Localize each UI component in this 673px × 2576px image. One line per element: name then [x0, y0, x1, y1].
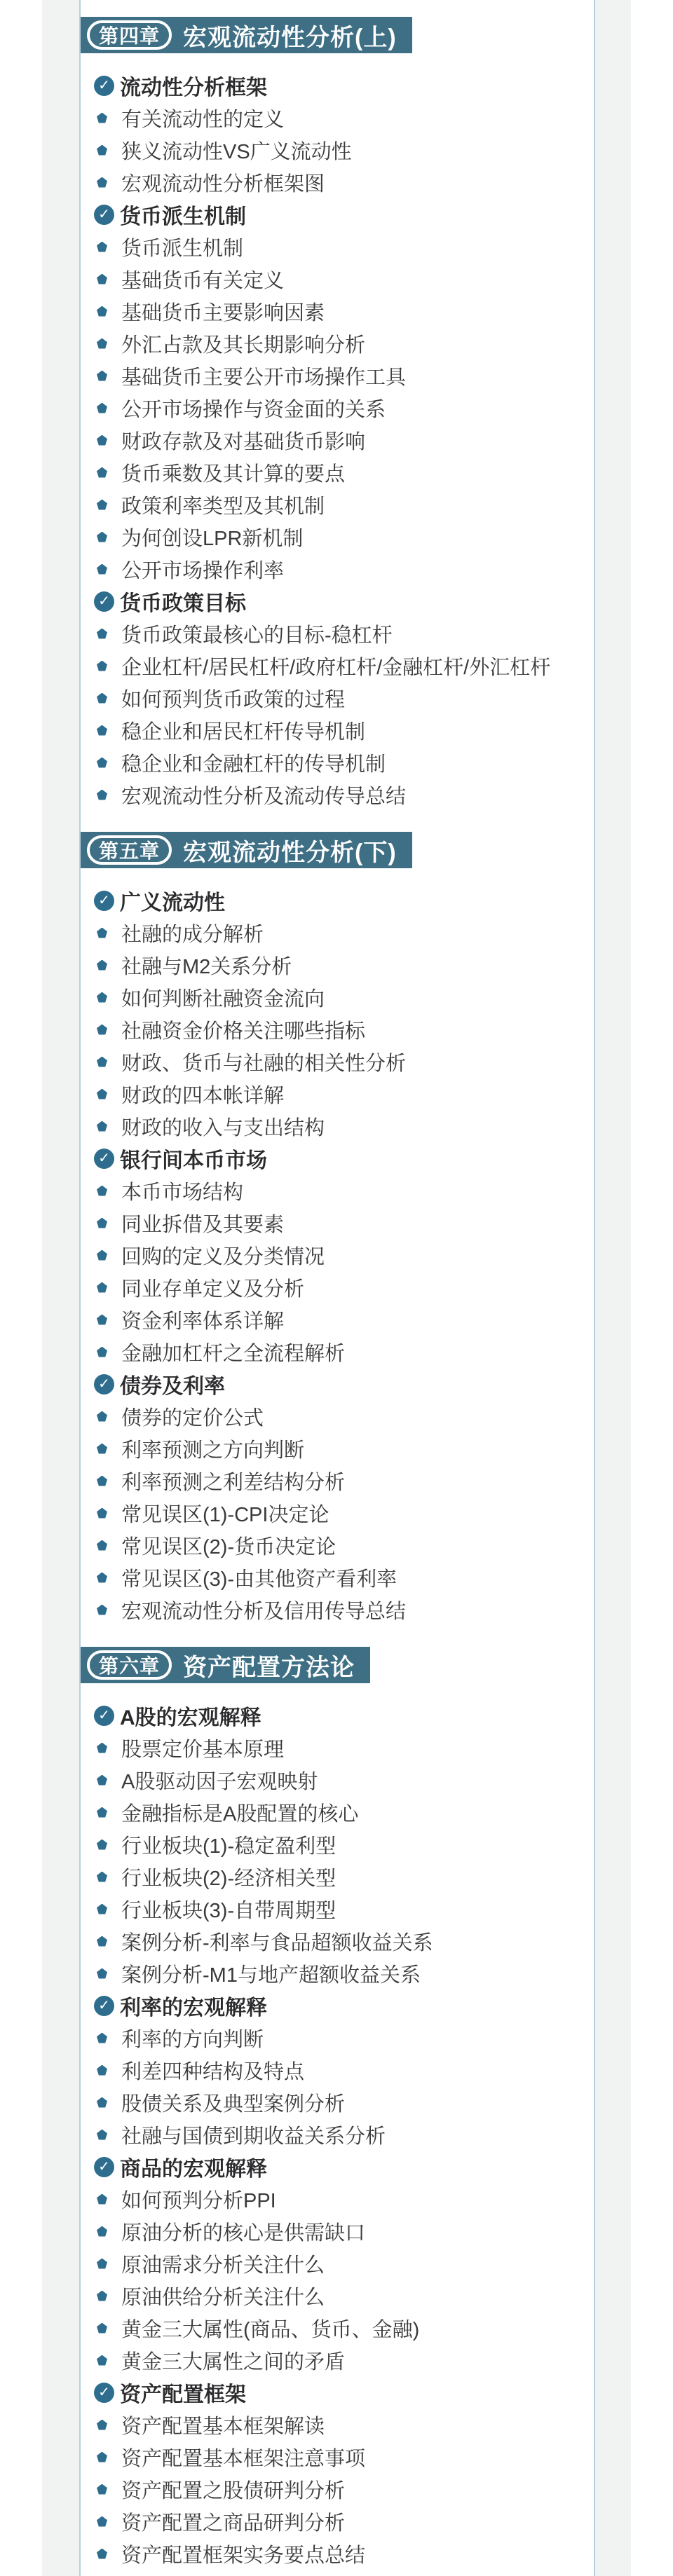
- pentagon-bullet-icon: [95, 2259, 121, 2269]
- pentagon-bullet-icon: [95, 1807, 121, 1818]
- pentagon-bullet-icon: [95, 992, 121, 1003]
- pentagon-bullet-icon: [95, 693, 121, 704]
- check-circle-icon: ✓: [94, 1996, 120, 2016]
- pentagon-bullet-icon: [95, 1444, 121, 1454]
- pentagon-bullet-icon: [95, 145, 121, 156]
- check-circle-icon: ✓: [94, 2383, 120, 2403]
- pentagon-bullet-icon: [95, 113, 121, 123]
- check-glyph: ✓: [94, 2157, 114, 2177]
- topic-item-row: 狭义流动性VS广义流动性: [95, 134, 587, 166]
- section-header-row: ✓流动性分析框架: [95, 69, 587, 102]
- chapter-header-bar: 第四章 宏观流动性分析(上): [81, 17, 412, 53]
- section-header-row: ✓利率的宏观解释: [95, 1989, 587, 2022]
- topic-item-row: 资产配置之商品研判分析: [95, 2505, 587, 2537]
- pentagon-bullet-icon: [95, 1218, 121, 1228]
- pentagon-bullet-icon: [95, 564, 121, 575]
- topic-item-row: 金融指标是A股配置的核心: [95, 1796, 587, 1828]
- pentagon-bullet-icon: [95, 306, 121, 317]
- topic-label: 原油分析的核心是供需缺口: [121, 2217, 365, 2246]
- topic-item-row: 稳企业和金融杠杆的传导机制: [95, 746, 587, 779]
- pentagon-bullet-icon: [95, 1186, 121, 1196]
- topic-item-row: 债券的定价公式: [95, 1400, 587, 1432]
- topic-item-row: 资产配置之股债研判分析: [95, 2473, 587, 2505]
- topic-item-row: 同业拆借及其要素: [95, 1207, 587, 1239]
- pentagon-bullet-icon: [95, 2291, 121, 2301]
- topic-label: 稳企业和金融杠杆的传导机制: [121, 748, 386, 777]
- topic-item-row: 股票定价基本原理: [95, 1732, 587, 1764]
- topic-label: 案例分析-M1与地产超额收益关系: [121, 1959, 421, 1988]
- topic-item-row: 基础货币主要公开市场操作工具: [95, 359, 587, 392]
- pentagon-bullet-icon: [95, 2065, 121, 2076]
- topic-label: 同业拆借及其要素: [121, 1209, 284, 1238]
- chapter-title: 资产配置方法论: [183, 1648, 355, 1683]
- topic-item-row: 外汇占款及其长期影响分析: [95, 327, 587, 359]
- topic-item-row: 资金利率体系详解: [95, 1303, 587, 1336]
- topic-label: 资产配置之股债研判分析: [121, 2475, 345, 2504]
- topic-item-row: 常见误区(2)-货币决定论: [95, 1529, 587, 1561]
- pentagon-bullet-icon: [95, 2355, 121, 2366]
- topic-item-row: 股债关系及典型案例分析: [95, 2086, 587, 2118]
- topic-item-row: 政策利率类型及其机制: [95, 488, 587, 521]
- topic-label: 行业板块(1)-稳定盈利型: [121, 1830, 336, 1859]
- section-title: 利率的宏观解释: [120, 1990, 267, 2021]
- check-circle-icon: ✓: [94, 591, 120, 612]
- topic-item-row: 基础货币有关定义: [95, 263, 587, 295]
- chapter-badge: 第五章: [87, 835, 172, 865]
- pentagon-bullet-icon: [95, 1968, 121, 1979]
- topic-label: 金融加杠杆之全流程解析: [121, 1338, 345, 1366]
- section-title: 货币派生机制: [120, 199, 246, 230]
- topic-item-row: 行业板块(1)-稳定盈利型: [95, 1828, 587, 1861]
- pentagon-bullet-icon: [95, 758, 121, 768]
- topic-item-row: 原油分析的核心是供需缺口: [95, 2215, 587, 2247]
- check-glyph: ✓: [94, 2383, 114, 2403]
- topic-label: 常见误区(1)-CPI决定论: [121, 1499, 329, 1528]
- topic-label: 利差四种结构及特点: [121, 2056, 304, 2085]
- chapter-title: 宏观流动性分析(下): [183, 833, 397, 868]
- pentagon-bullet-icon: [95, 1089, 121, 1099]
- pentagon-bullet-icon: [95, 1411, 121, 1422]
- section-title: 流动性分析框架: [120, 70, 267, 101]
- check-circle-icon: ✓: [94, 1706, 120, 1726]
- pentagon-bullet-icon: [95, 1282, 121, 1293]
- pentagon-bullet-icon: [95, 725, 121, 736]
- topic-item-row: 资产配置基本框架注意事项: [95, 2441, 587, 2473]
- topic-label: 案例分析-利率与食品超额收益关系: [121, 1927, 433, 1956]
- topic-item-row: 常见误区(3)-由其他资产看利率: [95, 1561, 587, 1594]
- pentagon-bullet-icon: [95, 1476, 121, 1486]
- check-glyph: ✓: [94, 76, 114, 96]
- topic-item-row: 行业板块(3)-自带周期型: [95, 1893, 587, 1925]
- topic-item-row: 宏观流动性分析及流动传导总结: [95, 779, 587, 811]
- topic-label: 利率预测之方向判断: [121, 1434, 304, 1463]
- topic-label: 行业板块(3)-自带周期型: [121, 1895, 336, 1924]
- topic-label: 回购的定义及分类情况: [121, 1241, 325, 1270]
- pentagon-bullet-icon: [95, 371, 121, 381]
- topic-item-row: 社融与M2关系分析: [95, 949, 587, 981]
- pentagon-bullet-icon: [95, 467, 121, 478]
- topic-item-row: 财政的四本帐详解: [95, 1078, 587, 1110]
- topic-label: 社融与国债到期收益关系分析: [121, 2121, 386, 2149]
- course-outline-card: 第四章 宏观流动性分析(上) ✓流动性分析框架有关流动性的定义狭义流动性VS广义…: [79, 0, 595, 2576]
- section-header-row: ✓银行间本币市场: [95, 1142, 587, 1174]
- section-title: A股的宏观解释: [120, 1700, 261, 1731]
- pentagon-bullet-icon: [95, 1347, 121, 1357]
- topic-label: 财政的收入与支出结构: [121, 1112, 325, 1141]
- check-circle-icon: ✓: [94, 891, 120, 911]
- topic-label: 社融的成分解析: [121, 919, 264, 947]
- topic-label: 行业板块(2)-经济相关型: [121, 1863, 336, 1891]
- topic-label: 货币派生机制: [121, 233, 243, 261]
- check-glyph: ✓: [94, 891, 114, 911]
- topic-item-row: 案例分析-利率与食品超额收益关系: [95, 1925, 587, 1957]
- pentagon-bullet-icon: [95, 2226, 121, 2237]
- pentagon-bullet-icon: [95, 435, 121, 446]
- topic-label: 货币乘数及其计算的要点: [121, 458, 345, 487]
- topic-label: 狭义流动性VS广义流动性: [121, 136, 352, 165]
- topic-label: 宏观流动性分析框架图: [121, 168, 325, 197]
- topic-item-row: 利率预测之利差结构分析: [95, 1465, 587, 1497]
- topic-label: 基础货币主要公开市场操作工具: [121, 362, 406, 390]
- topic-label: A股驱动因子宏观映射: [121, 1766, 318, 1795]
- pentagon-bullet-icon: [95, 1743, 121, 1753]
- topic-item-row: 财政存款及对基础货币影响: [95, 424, 587, 456]
- topic-label: 基础货币主要影响因素: [121, 297, 325, 326]
- topic-item-row: 行业板块(2)-经济相关型: [95, 1861, 587, 1893]
- pentagon-bullet-icon: [95, 2033, 121, 2043]
- check-glyph: ✓: [94, 591, 114, 612]
- chapter-header-bar: 第五章 宏观流动性分析(下): [81, 832, 412, 868]
- topic-label: 稳企业和居民杠杆传导机制: [121, 716, 365, 745]
- section-header-row: ✓资产配置框架: [95, 2376, 587, 2409]
- topic-label: 如何判断社融资金流向: [121, 983, 325, 1012]
- topic-item-row: 资产配置基本框架解读: [95, 2409, 587, 2441]
- section-header-row: ✓广义流动性: [95, 884, 587, 917]
- topic-label: 为何创设LPR新机制: [121, 523, 303, 551]
- pentagon-bullet-icon: [95, 1057, 121, 1067]
- pentagon-bullet-icon: [95, 960, 121, 971]
- topic-label: 有关流动性的定义: [121, 104, 284, 132]
- topic-item-row: 如何判断社融资金流向: [95, 981, 587, 1013]
- topic-label: 资产配置之商品研判分析: [121, 2507, 345, 2536]
- chapter-4-block: 第四章 宏观流动性分析(上) ✓流动性分析框架有关流动性的定义狭义流动性VS广义…: [81, 17, 594, 811]
- topic-item-row: 社融资金价格关注哪些指标: [95, 1013, 587, 1046]
- topic-list: ✓流动性分析框架有关流动性的定义狭义流动性VS广义流动性宏观流动性分析框架图✓货…: [81, 69, 594, 811]
- pentagon-bullet-icon: [95, 2420, 121, 2430]
- topic-item-row: 公开市场操作与资金面的关系: [95, 392, 587, 424]
- topic-list: ✓A股的宏观解释股票定价基本原理A股驱动因子宏观映射金融指标是A股配置的核心行业…: [81, 1699, 594, 2570]
- check-glyph: ✓: [94, 205, 114, 225]
- topic-item-row: 货币政策最核心的目标-稳杠杆: [95, 617, 587, 650]
- topic-item-row: 利率的方向判断: [95, 2022, 587, 2054]
- section-title: 银行间本币市场: [120, 1143, 267, 1174]
- topic-item-row: 企业杠杆/居民杠杆/政府杠杆/金融杠杆/外汇杠杆: [95, 650, 587, 682]
- topic-label: 外汇占款及其长期影响分析: [121, 329, 365, 358]
- topic-item-row: 案例分析-M1与地产超额收益关系: [95, 1957, 587, 1989]
- topic-label: 基础货币有关定义: [121, 265, 284, 294]
- pentagon-bullet-icon: [95, 1775, 121, 1786]
- pentagon-bullet-icon: [95, 2097, 121, 2108]
- pentagon-bullet-icon: [95, 2549, 121, 2559]
- topic-item-row: A股驱动因子宏观映射: [95, 1764, 587, 1796]
- topic-label: 公开市场操作与资金面的关系: [121, 394, 386, 423]
- topic-item-row: 如何预判货币政策的过程: [95, 682, 587, 714]
- chapter-title: 宏观流动性分析(上): [183, 18, 397, 53]
- topic-item-row: 黄金三大属性之间的矛盾: [95, 2344, 587, 2376]
- section-title: 广义流动性: [120, 885, 225, 916]
- pentagon-bullet-icon: [95, 661, 121, 671]
- topic-item-row: 货币乘数及其计算的要点: [95, 456, 587, 488]
- topic-label: 金融指标是A股配置的核心: [121, 1798, 358, 1827]
- pentagon-bullet-icon: [95, 1605, 121, 1615]
- pentagon-bullet-icon: [95, 1315, 121, 1325]
- topic-label: 原油供给分析关注什么: [121, 2282, 325, 2310]
- pentagon-bullet-icon: [95, 1025, 121, 1035]
- topic-label: 黄金三大属性(商品、货币、金融): [121, 2314, 419, 2343]
- topic-label: 货币政策最核心的目标-稳杠杆: [121, 619, 393, 648]
- topic-label: 社融资金价格关注哪些指标: [121, 1015, 365, 1044]
- chapter-6-block: 第六章 资产配置方法论 ✓A股的宏观解释股票定价基本原理A股驱动因子宏观映射金融…: [81, 1647, 594, 2570]
- topic-item-row: 回购的定义及分类情况: [95, 1239, 587, 1271]
- topic-item-row: 原油需求分析关注什么: [95, 2247, 587, 2280]
- topic-item-row: 公开市场操作利率: [95, 553, 587, 585]
- topic-label: 资产配置基本框架注意事项: [121, 2443, 365, 2472]
- section-title: 债券及利率: [120, 1369, 225, 1399]
- check-circle-icon: ✓: [94, 1374, 120, 1395]
- topic-item-row: 财政、货币与社融的相关性分析: [95, 1046, 587, 1078]
- topic-item-row: 资产配置框架实务要点总结: [95, 2537, 587, 2570]
- pentagon-bullet-icon: [95, 1250, 121, 1261]
- pentagon-bullet-icon: [95, 2130, 121, 2140]
- pentagon-bullet-icon: [95, 629, 121, 639]
- pentagon-bullet-icon: [95, 1872, 121, 1882]
- check-glyph: ✓: [94, 1374, 114, 1395]
- topic-label: 黄金三大属性之间的矛盾: [121, 2346, 345, 2375]
- topic-item-row: 为何创设LPR新机制: [95, 521, 587, 553]
- topic-item-row: 本币市场结构: [95, 1174, 587, 1207]
- pentagon-bullet-icon: [95, 500, 121, 510]
- topic-item-row: 利差四种结构及特点: [95, 2054, 587, 2086]
- pentagon-bullet-icon: [95, 532, 121, 542]
- topic-item-row: 常见误区(1)-CPI决定论: [95, 1497, 587, 1529]
- topic-label: 公开市场操作利率: [121, 555, 284, 584]
- topic-item-row: 基础货币主要影响因素: [95, 295, 587, 327]
- pentagon-bullet-icon: [95, 790, 121, 800]
- topic-label: 财政存款及对基础货币影响: [121, 426, 365, 455]
- topic-item-row: 同业存单定义及分析: [95, 1271, 587, 1303]
- topic-label: 政策利率类型及其机制: [121, 491, 325, 519]
- topic-label: 常见误区(2)-货币决定论: [121, 1531, 336, 1560]
- topic-label: 本币市场结构: [121, 1177, 243, 1205]
- section-header-row: ✓货币政策目标: [95, 585, 587, 617]
- pentagon-bullet-icon: [95, 1540, 121, 1551]
- section-title: 商品的宏观解释: [120, 2151, 267, 2182]
- pentagon-bullet-icon: [95, 2452, 121, 2462]
- pentagon-bullet-icon: [95, 338, 121, 349]
- pentagon-bullet-icon: [95, 403, 121, 413]
- section-header-row: ✓债券及利率: [95, 1368, 587, 1400]
- topic-label: 原油需求分析关注什么: [121, 2249, 325, 2278]
- topic-label: 宏观流动性分析及信用传导总结: [121, 1596, 406, 1624]
- topic-item-row: 财政的收入与支出结构: [95, 1110, 587, 1142]
- check-circle-icon: ✓: [94, 205, 120, 225]
- topic-label: 股票定价基本原理: [121, 1734, 284, 1762]
- topic-label: 利率的方向判断: [121, 2024, 264, 2053]
- check-glyph: ✓: [94, 1706, 114, 1726]
- topic-label: 企业杠杆/居民杠杆/政府杠杆/金融杠杆/外汇杠杆: [121, 652, 550, 680]
- chapter-badge: 第四章: [87, 20, 172, 50]
- topic-label: 如何预判分析PPI: [121, 2185, 276, 2214]
- section-title: 货币政策目标: [120, 586, 246, 617]
- pentagon-bullet-icon: [95, 1121, 121, 1132]
- pentagon-bullet-icon: [95, 242, 121, 252]
- topic-item-row: 有关流动性的定义: [95, 102, 587, 134]
- check-glyph: ✓: [94, 1149, 114, 1169]
- section-header-row: ✓商品的宏观解释: [95, 2151, 587, 2183]
- check-circle-icon: ✓: [94, 76, 120, 96]
- topic-label: 常见误区(3)-由其他资产看利率: [121, 1563, 397, 1592]
- topic-label: 如何预判货币政策的过程: [121, 684, 345, 713]
- pentagon-bullet-icon: [95, 2484, 121, 2495]
- topic-label: 股债关系及典型案例分析: [121, 2088, 345, 2117]
- chapter-5-block: 第五章 宏观流动性分析(下) ✓广义流动性社融的成分解析社融与M2关系分析如何判…: [81, 832, 594, 1626]
- topic-item-row: 黄金三大属性(商品、货币、金融): [95, 2312, 587, 2344]
- pentagon-bullet-icon: [95, 177, 121, 188]
- topic-item-row: 稳企业和居民杠杆传导机制: [95, 714, 587, 746]
- topic-label: 资金利率体系详解: [121, 1306, 284, 1334]
- pentagon-bullet-icon: [95, 1936, 121, 1947]
- pentagon-bullet-icon: [95, 1839, 121, 1850]
- topic-label: 宏观流动性分析及流动传导总结: [121, 781, 406, 809]
- topic-label: 同业存单定义及分析: [121, 1273, 304, 1302]
- topic-label: 债券的定价公式: [121, 1402, 264, 1431]
- pentagon-bullet-icon: [95, 1508, 121, 1519]
- check-circle-icon: ✓: [94, 1149, 120, 1169]
- chapter-badge: 第六章: [87, 1650, 172, 1680]
- topic-item-row: 原油供给分析关注什么: [95, 2280, 587, 2312]
- topic-label: 利率预测之利差结构分析: [121, 1467, 345, 1495]
- pentagon-bullet-icon: [95, 1573, 121, 1583]
- topic-item-row: 宏观流动性分析及信用传导总结: [95, 1594, 587, 1626]
- topic-item-row: 社融的成分解析: [95, 917, 587, 949]
- pentagon-bullet-icon: [95, 1904, 121, 1914]
- pentagon-bullet-icon: [95, 928, 121, 938]
- topic-label: 财政的四本帐详解: [121, 1080, 284, 1109]
- check-glyph: ✓: [94, 1996, 114, 2016]
- topic-item-row: 如何预判分析PPI: [95, 2183, 587, 2215]
- section-header-row: ✓货币派生机制: [95, 198, 587, 231]
- pentagon-bullet-icon: [95, 2194, 121, 2205]
- topic-item-row: 利率预测之方向判断: [95, 1432, 587, 1465]
- chapter-header-bar: 第六章 资产配置方法论: [81, 1647, 370, 1683]
- topic-item-row: 货币派生机制: [95, 231, 587, 263]
- topic-label: 社融与M2关系分析: [121, 951, 292, 980]
- topic-label: 资产配置基本框架解读: [121, 2411, 325, 2439]
- check-circle-icon: ✓: [94, 2157, 120, 2177]
- topic-item-row: 宏观流动性分析框架图: [95, 166, 587, 198]
- pentagon-bullet-icon: [95, 2516, 121, 2527]
- section-title: 资产配置框架: [120, 2377, 246, 2408]
- pentagon-bullet-icon: [95, 2323, 121, 2334]
- section-header-row: ✓A股的宏观解释: [95, 1699, 587, 1732]
- topic-item-row: 金融加杠杆之全流程解析: [95, 1336, 587, 1368]
- topic-item-row: 社融与国债到期收益关系分析: [95, 2118, 587, 2151]
- topic-label: 财政、货币与社融的相关性分析: [121, 1048, 406, 1076]
- topic-list: ✓广义流动性社融的成分解析社融与M2关系分析如何判断社融资金流向社融资金价格关注…: [81, 884, 594, 1626]
- topic-label: 资产配置框架实务要点总结: [121, 2540, 365, 2568]
- pentagon-bullet-icon: [95, 274, 121, 285]
